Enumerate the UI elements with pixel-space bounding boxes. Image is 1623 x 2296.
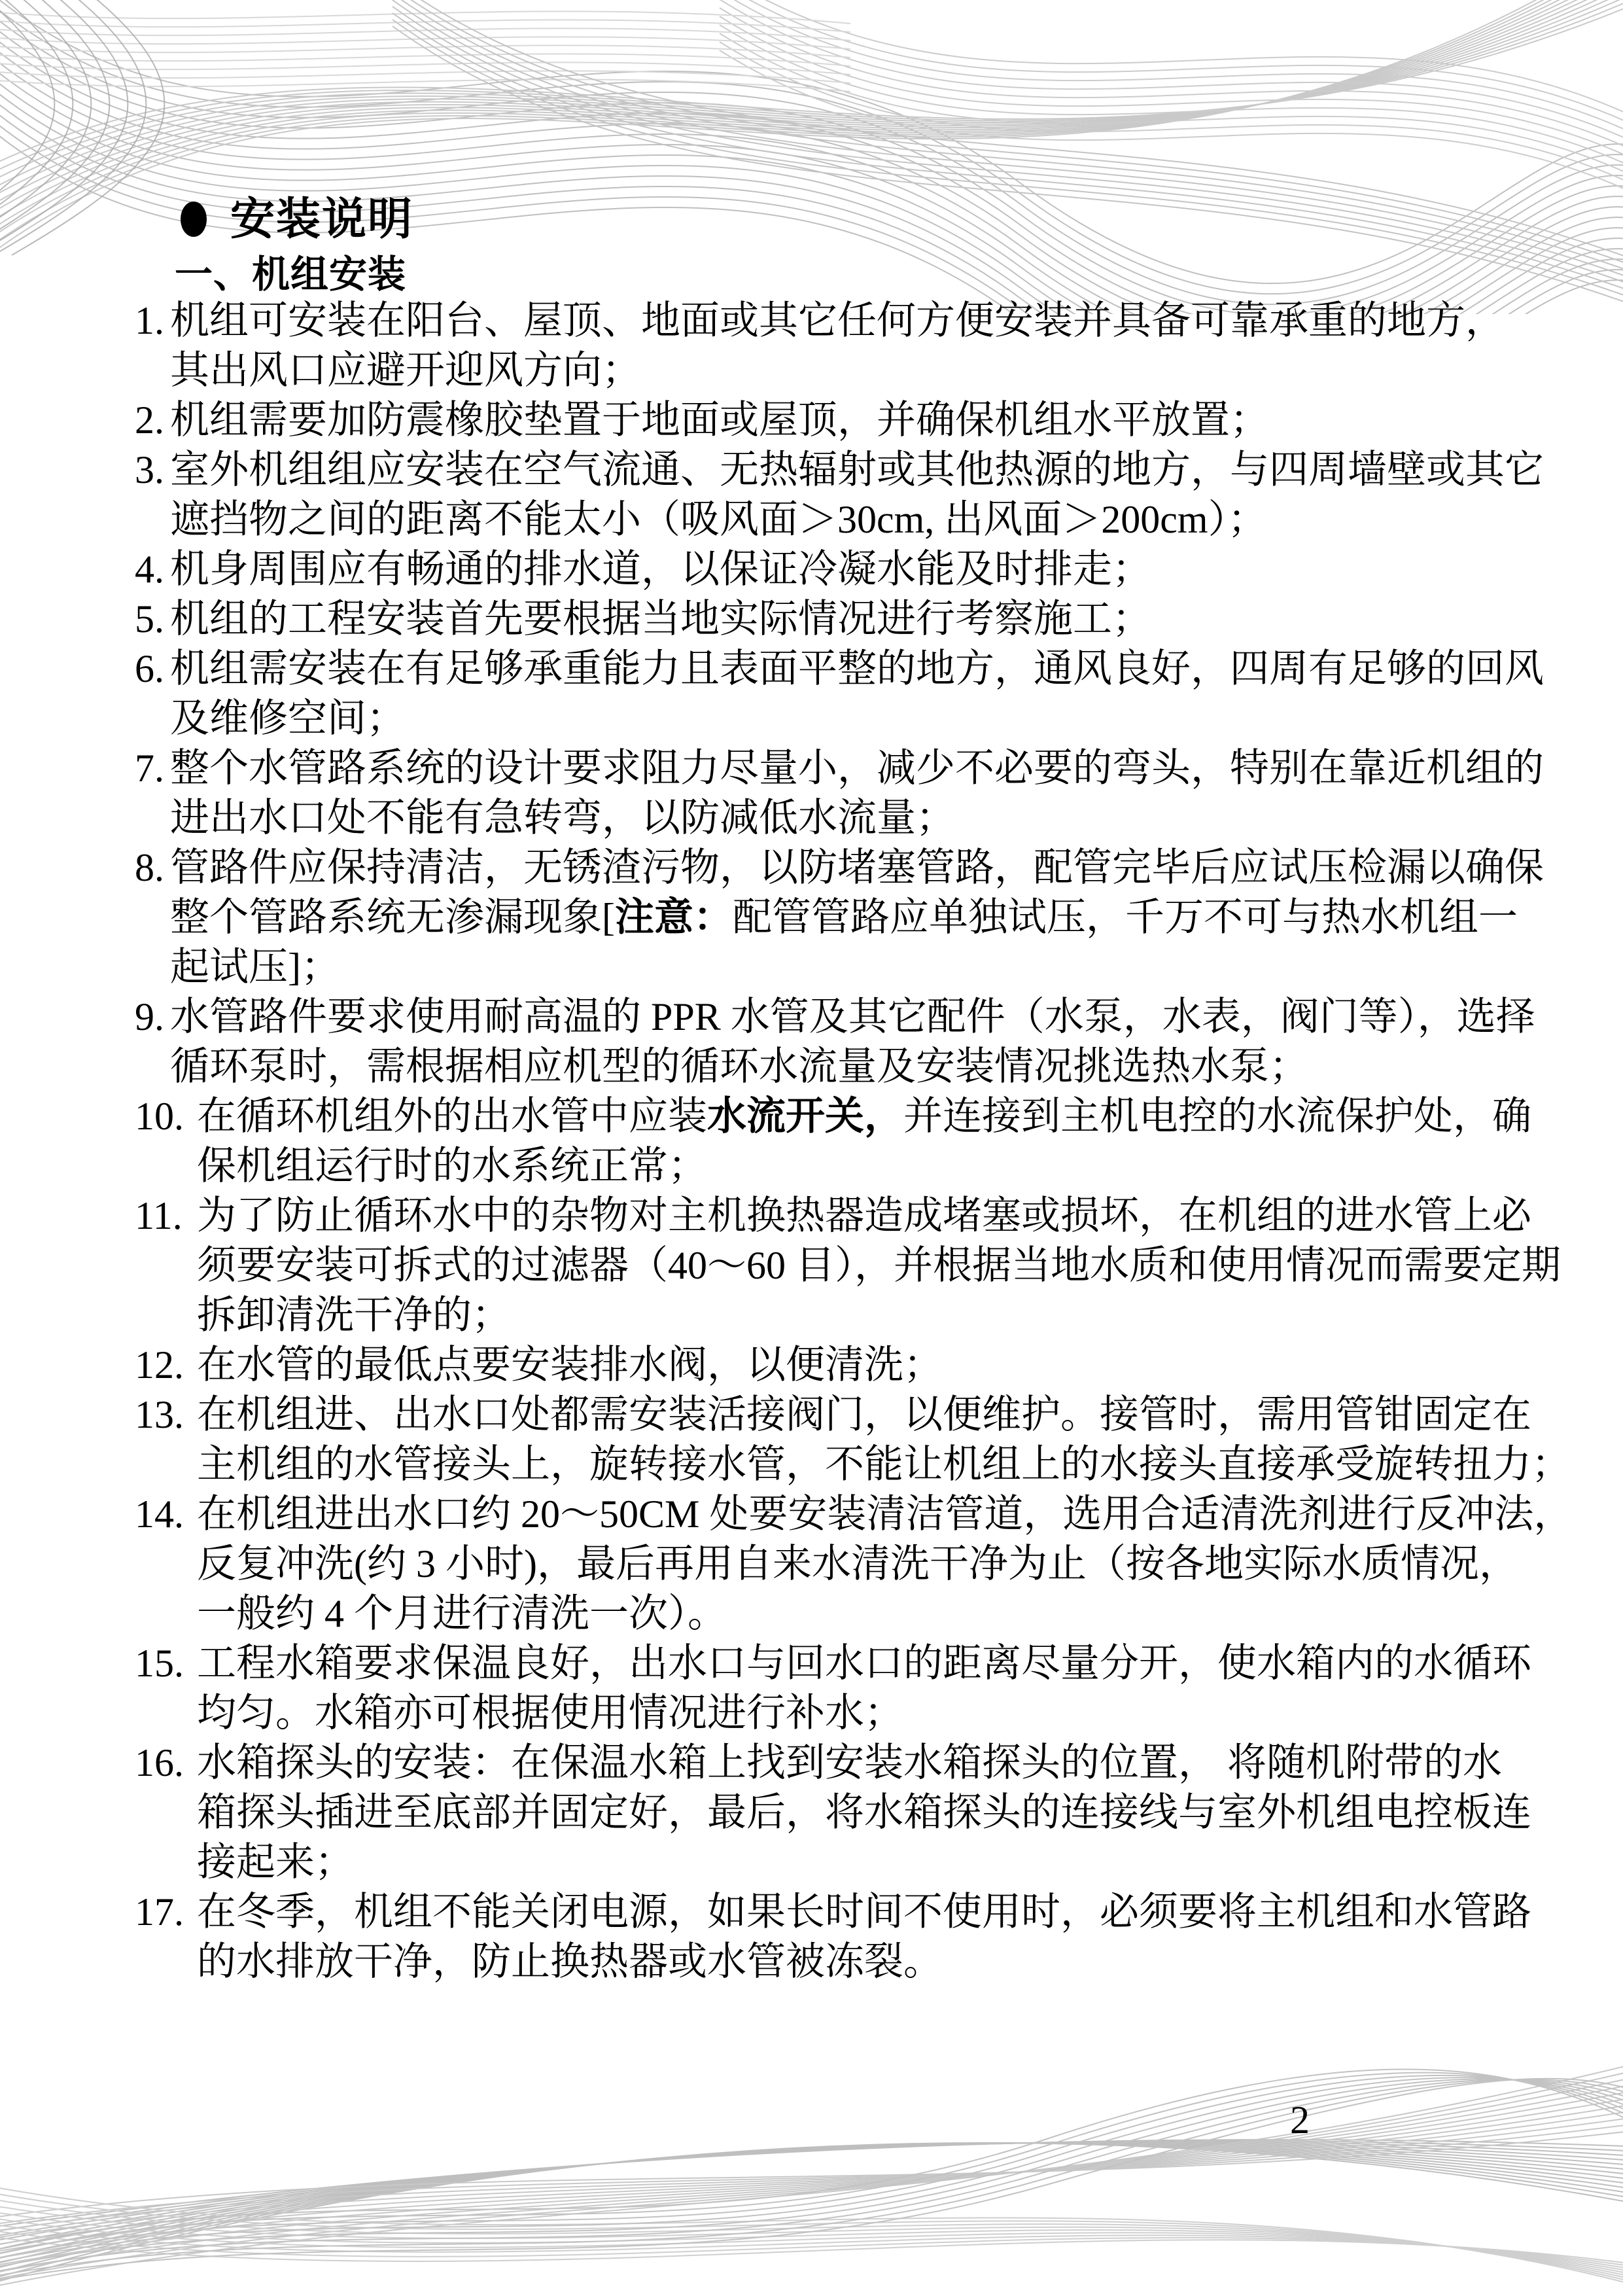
list-item: 9.水管路件要求使用耐高温的 PPR 水管及其它配件（水泵，水表，阀门等），选择… (135, 992, 1600, 1091)
list-item: 11.为了防止循环水中的杂物对主机换热器造成堵塞或损坏，在机组的进水管上必 须要… (135, 1191, 1600, 1340)
list-item: 13.在机组进、出水口处都需安装活接阀门，以便维护。接管时，需用管钳固定在 主机… (135, 1390, 1600, 1489)
list-item-number: 15. (135, 1638, 184, 1688)
list-item-text: 机组的工程安装首先要根据当地实际情况进行考察施工； (170, 597, 1151, 641)
list-item-text: 机组需安装在有足够承重能力且表面平整的地方，通风良好，四周有足够的回风 及维修空… (170, 647, 1544, 740)
list-item: 4.机身周围应有畅通的排水道，以保证冷凝水能及时排走； (135, 544, 1600, 594)
list-item: 6.机组需安装在有足够承重能力且表面平整的地方，通风良好，四周有足够的回风 及维… (135, 644, 1600, 743)
list-item-number: 12. (135, 1340, 184, 1390)
list-item-number: 11. (135, 1191, 183, 1241)
bullet-icon (181, 202, 207, 237)
list-item-number: 16. (135, 1738, 184, 1788)
document-page: 安装说明 一、机组安装 1.机组可安装在阳台、屋顶、地面或其它任何方便安装并具备… (0, 0, 1623, 2296)
list-item-number: 2. (135, 395, 164, 445)
list-item-number: 9. (135, 992, 164, 1042)
list-item-text: 机身周围应有畅通的排水道，以保证冷凝水能及时排走； (170, 548, 1151, 591)
list-item-number: 6. (135, 644, 164, 694)
list-item-text: 水管路件要求使用耐高温的 PPR 水管及其它配件（水泵，水表，阀门等），选择 循… (170, 995, 1535, 1088)
section-title: 一、机组安装 (175, 254, 406, 296)
list-item-text: 在机组进、出水口处都需安装活接阀门，以便维护。接管时，需用管钳固定在 主机组的水… (197, 1393, 1571, 1486)
list-item-text: 整个水管路系统的设计要求阻力尽量小，减少不必要的弯头，特别在靠近机组的 进出水口… (170, 747, 1544, 839)
list-item-text: 机组可安装在阳台、屋顶、地面或其它任何方便安装并具备可靠承重的地方， 其出风口应… (170, 299, 1505, 392)
list-item-number: 5. (135, 594, 164, 644)
list-item-text: 注意： (615, 895, 733, 939)
list-item-text: 在水管的最低点要安装排水阀，以便清洗； (197, 1343, 943, 1386)
list-item-number: 10. (135, 1091, 184, 1141)
list-item: 10.在循环机组外的出水管中应装水流开关，并连接到主机电控的水流保护处，确 保机… (135, 1091, 1600, 1191)
list-item-number: 13. (135, 1390, 184, 1439)
list-item-text: 工程水箱要求保温良好，出水口与回水口的距离尽量分开，使水箱内的水循环 均匀。水箱… (197, 1642, 1531, 1735)
list-item: 2.机组需要加防震橡胶垫置于地面或屋顶，并确保机组水平放置； (135, 395, 1600, 445)
list-item-number: 17. (135, 1887, 184, 1937)
list-item-number: 1. (135, 296, 164, 345)
page-number: 2 (1290, 2099, 1310, 2141)
decorative-waves-bottom (0, 2015, 1623, 2296)
list-item: 1.机组可安装在阳台、屋顶、地面或其它任何方便安装并具备可靠承重的地方， 其出风… (135, 296, 1600, 395)
list-item-number: 3. (135, 445, 164, 495)
list-item: 15.工程水箱要求保温良好，出水口与回水口的距离尽量分开，使水箱内的水循环 均匀… (135, 1638, 1600, 1738)
list-item: 7.整个水管路系统的设计要求阻力尽量小，减少不必要的弯头，特别在靠近机组的 进出… (135, 743, 1600, 843)
list-item: 5.机组的工程安装首先要根据当地实际情况进行考察施工； (135, 594, 1600, 644)
list-item-number: 7. (135, 743, 164, 793)
list-item: 17.在冬季，机组不能关闭电源，如果长时间不使用时，必须要将主机组和水管路 的水… (135, 1887, 1600, 1987)
list-item-text: 在机组进出水口约 20～50CM 处要安装清洁管道，选用合适清洗剂进行反冲法， … (197, 1492, 1573, 1635)
list-item: 8.管路件应保持清洁，无锈渣污物，以防堵塞管路，配管完毕后应试压检漏以确保 整个… (135, 843, 1600, 992)
list-item-text: 室外机组组应安装在空气流通、无热辐射或其他热源的地方，与四周墙壁或其它 遮挡物之… (170, 448, 1544, 541)
list-item-text: 水流开关， (707, 1094, 903, 1138)
list-item-text: 为了防止循环水中的杂物对主机换热器造成堵塞或损坏，在机组的进水管上必 须要安装可… (197, 1194, 1561, 1337)
list-item: 16.水箱探头的安装：在保温水箱上找到安装水箱探头的位置， 将随机附带的水 箱探… (135, 1738, 1600, 1887)
list-item-text: 机组需要加防震橡胶垫置于地面或屋顶，并确保机组水平放置； (170, 398, 1269, 442)
list-item: 12.在水管的最低点要安装排水阀，以便清洗； (135, 1340, 1600, 1390)
instruction-list: 1.机组可安装在阳台、屋顶、地面或其它任何方便安装并具备可靠承重的地方， 其出风… (135, 296, 1600, 1987)
section-header: 安装说明 (181, 195, 413, 243)
list-item-number: 8. (135, 843, 164, 892)
list-item-text: 水箱探头的安装：在保温水箱上找到安装水箱探头的位置， 将随机附带的水 箱探头插进… (197, 1741, 1531, 1884)
list-item-text: 在循环机组外的出水管中应装 (197, 1095, 707, 1138)
list-item-text: 在冬季，机组不能关闭电源，如果长时间不使用时，必须要将主机组和水管路 的水排放干… (197, 1890, 1531, 1983)
list-item: 3.室外机组组应安装在空气流通、无热辐射或其他热源的地方，与四周墙壁或其它 遮挡… (135, 445, 1600, 544)
list-item-number: 4. (135, 544, 164, 594)
list-item-number: 14. (135, 1489, 184, 1539)
list-item: 14.在机组进出水口约 20～50CM 处要安装清洁管道，选用合适清洗剂进行反冲… (135, 1489, 1600, 1638)
page-title: 安装说明 (230, 195, 413, 243)
